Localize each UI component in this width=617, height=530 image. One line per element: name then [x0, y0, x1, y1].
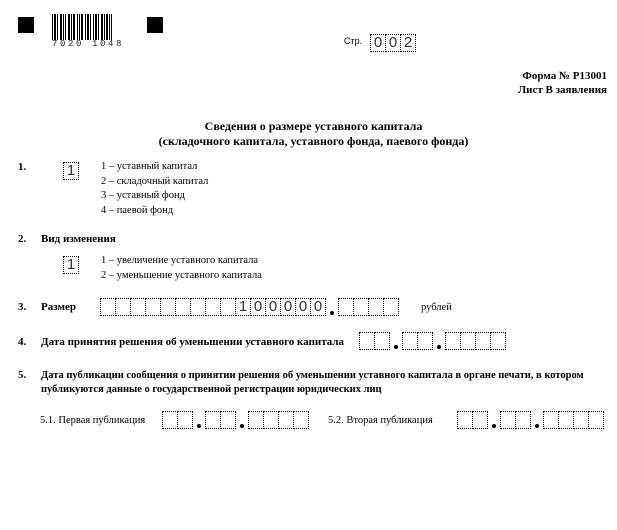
- date-cell[interactable]: [445, 332, 461, 350]
- date-cell[interactable]: [162, 411, 178, 429]
- second-pub-day[interactable]: [457, 411, 488, 429]
- registration-marker-right: [147, 17, 163, 33]
- section5-label: Дата публикации сообщения о принятии реш…: [41, 369, 611, 397]
- decision-date-year[interactable]: [445, 332, 506, 350]
- size-decimal-cell[interactable]: [338, 298, 354, 316]
- form-number: Форма № Р13001: [522, 70, 607, 82]
- date-cell[interactable]: [491, 332, 506, 350]
- date-cell[interactable]: [473, 411, 488, 429]
- page-label: Стр.: [344, 36, 362, 46]
- first-pub-year[interactable]: [248, 411, 309, 429]
- barcode-bars: [52, 14, 128, 40]
- size-cell[interactable]: [146, 298, 161, 316]
- size-cell[interactable]: [161, 298, 176, 316]
- date-cell[interactable]: [418, 332, 433, 350]
- barcode-number: 7020 1048: [52, 39, 128, 49]
- size-cell[interactable]: [191, 298, 206, 316]
- date-cell[interactable]: [375, 332, 390, 350]
- option: 1 – уставный капитал: [101, 160, 208, 175]
- first-publication-date-field[interactable]: [162, 411, 309, 429]
- section5-label-line2: публикуются данные о государственной рег…: [41, 383, 611, 397]
- capital-type-field[interactable]: 1: [63, 162, 79, 180]
- date-separator: [492, 424, 496, 428]
- date-cell[interactable]: [543, 411, 559, 429]
- first-pub-month[interactable]: [205, 411, 236, 429]
- first-publication-label: 5.1. Первая публикация: [40, 414, 145, 429]
- size-cell[interactable]: 0: [251, 298, 266, 316]
- date-separator: [240, 424, 244, 428]
- date-cell[interactable]: [476, 332, 491, 350]
- section5-number: 5.: [18, 369, 26, 381]
- option: 2 – складочный капитал: [101, 175, 208, 190]
- registration-marker-left: [18, 17, 34, 33]
- date-cell[interactable]: [461, 332, 476, 350]
- date-separator: [197, 424, 201, 428]
- section3-number: 3.: [18, 301, 26, 313]
- size-cell[interactable]: 1: [236, 298, 251, 316]
- second-pub-month[interactable]: [500, 411, 531, 429]
- section4-label: Дата принятия решения об уменьшении уста…: [41, 336, 344, 348]
- decision-date-field[interactable]: [359, 332, 506, 350]
- date-cell[interactable]: [516, 411, 531, 429]
- size-cell[interactable]: [131, 298, 146, 316]
- size-cell[interactable]: [206, 298, 221, 316]
- page-cell[interactable]: 0: [386, 34, 401, 52]
- sheet-label: Лист В заявления: [518, 84, 607, 96]
- second-publication-date-field[interactable]: [457, 411, 604, 429]
- date-cell[interactable]: [457, 411, 473, 429]
- decision-date-month[interactable]: [402, 332, 433, 350]
- change-type-field[interactable]: 1: [63, 256, 79, 274]
- capital-type-options: 1 – уставный капитал 2 – складочный капи…: [101, 160, 208, 218]
- date-cell[interactable]: [221, 411, 236, 429]
- date-cell[interactable]: [205, 411, 221, 429]
- date-cell[interactable]: [574, 411, 589, 429]
- size-cell[interactable]: [221, 298, 236, 316]
- size-cell[interactable]: [116, 298, 131, 316]
- size-cell[interactable]: [176, 298, 191, 316]
- option: 2 – уменьшение уставного капитала: [101, 269, 262, 284]
- size-cell[interactable]: 0: [311, 298, 326, 316]
- date-cell[interactable]: [279, 411, 294, 429]
- section1-number: 1.: [18, 161, 26, 173]
- section4-number: 4.: [18, 336, 26, 348]
- decision-date-day[interactable]: [359, 332, 390, 350]
- capital-size-integer[interactable]: 1 0 0 0 0 0: [100, 298, 326, 316]
- first-pub-day[interactable]: [162, 411, 193, 429]
- option: 1 – увеличение уставного капитала: [101, 254, 262, 269]
- date-cell[interactable]: [178, 411, 193, 429]
- second-publication-label: 5.2. Вторая публикация: [328, 414, 433, 429]
- option: 3 – уставный фонд: [101, 189, 208, 204]
- section-subtitle: (складочного капитала, уставного фонда, …: [0, 134, 617, 149]
- size-decimal-cell[interactable]: [354, 298, 369, 316]
- page-number-field[interactable]: 0 0 2: [370, 34, 416, 52]
- date-cell[interactable]: [559, 411, 574, 429]
- capital-size-field[interactable]: 1 0 0 0 0 0: [100, 298, 399, 316]
- decimal-separator: [330, 311, 334, 315]
- change-type-options: 1 – увеличение уставного капитала 2 – ум…: [101, 254, 262, 283]
- date-cell[interactable]: [500, 411, 516, 429]
- date-separator: [437, 345, 441, 349]
- size-cell[interactable]: 0: [281, 298, 296, 316]
- second-pub-year[interactable]: [543, 411, 604, 429]
- change-type-cell[interactable]: 1: [63, 256, 79, 274]
- date-cell[interactable]: [248, 411, 264, 429]
- size-cell[interactable]: 0: [296, 298, 311, 316]
- size-decimal-cell[interactable]: [369, 298, 384, 316]
- date-cell[interactable]: [402, 332, 418, 350]
- date-separator: [394, 345, 398, 349]
- size-cell[interactable]: 0: [266, 298, 281, 316]
- date-separator: [535, 424, 539, 428]
- barcode: 7020 1048: [52, 14, 128, 49]
- date-cell[interactable]: [589, 411, 604, 429]
- currency-unit: рублей: [421, 301, 452, 316]
- section-title: Сведения о размере уставного капитала: [0, 119, 617, 134]
- section3-label: Размер: [41, 301, 76, 313]
- size-cell[interactable]: [100, 298, 116, 316]
- size-decimal-cell[interactable]: [384, 298, 399, 316]
- section2-number: 2.: [18, 233, 26, 245]
- section2-label: Вид изменения: [41, 233, 116, 245]
- page-cell[interactable]: 2: [401, 34, 416, 52]
- date-cell[interactable]: [359, 332, 375, 350]
- capital-size-decimal[interactable]: [338, 298, 399, 316]
- date-cell[interactable]: [294, 411, 309, 429]
- section5-label-line1: Дата публикации сообщения о принятии реш…: [41, 369, 611, 383]
- capital-type-cell[interactable]: 1: [63, 162, 79, 180]
- option: 4 – паевой фонд: [101, 204, 208, 219]
- page-cell[interactable]: 0: [370, 34, 386, 52]
- date-cell[interactable]: [264, 411, 279, 429]
